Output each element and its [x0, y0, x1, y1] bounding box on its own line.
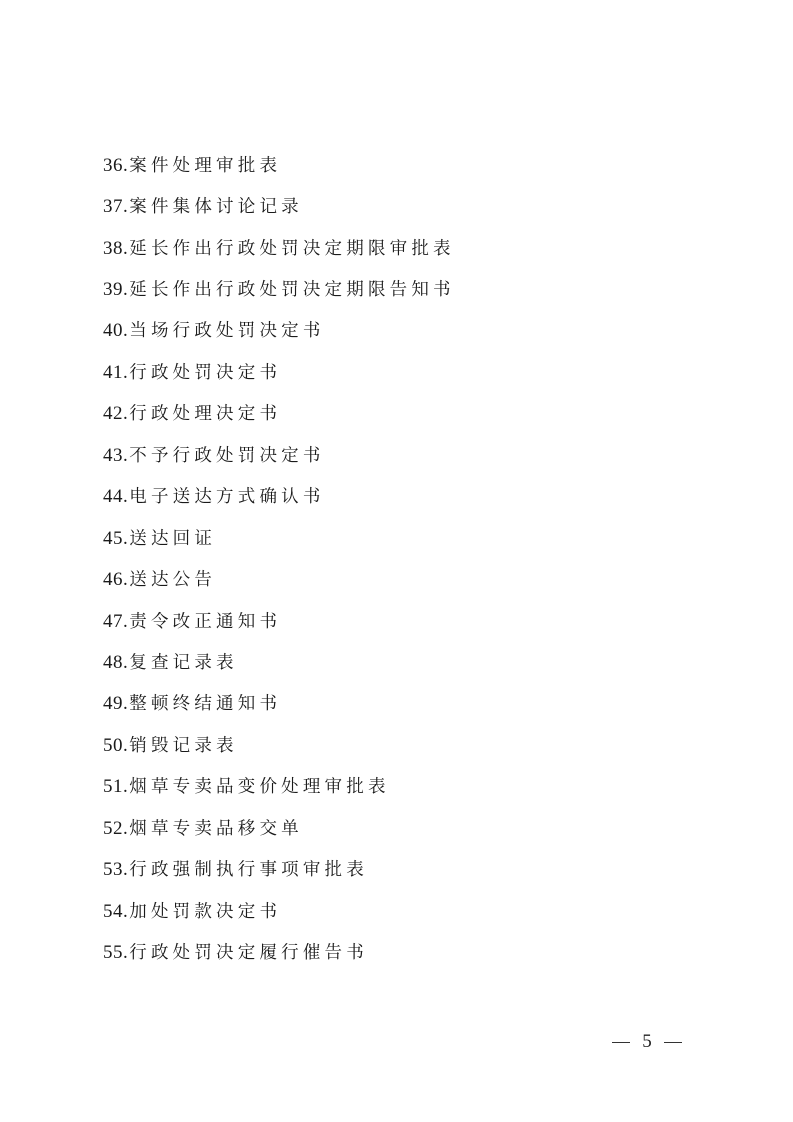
item-title: 行政处罚决定履行催告书 — [129, 938, 368, 968]
item-number: 42. — [103, 399, 128, 429]
list-item: 36.案件处理审批表 — [103, 145, 455, 186]
item-number: 38. — [103, 234, 128, 264]
list-item: 37.案件集体讨论记录 — [103, 186, 455, 227]
list-item: 55.行政处罚决定履行催告书 — [103, 932, 455, 973]
item-title: 复查记录表 — [129, 648, 238, 678]
item-number: 36. — [103, 151, 128, 181]
item-number: 54. — [103, 897, 128, 927]
list-item: 41.行政处罚决定书 — [103, 352, 455, 393]
item-number: 44. — [103, 482, 128, 512]
page-number-value: 5 — [642, 1031, 652, 1053]
item-title: 行政处理决定书 — [129, 399, 281, 429]
list-item: 51.烟草专卖品变价处理审批表 — [103, 767, 455, 808]
item-number: 40. — [103, 316, 128, 346]
item-number: 45. — [103, 524, 128, 554]
item-number: 53. — [103, 855, 128, 885]
item-title: 销毁记录表 — [129, 731, 238, 761]
list-item: 42.行政处理决定书 — [103, 394, 455, 435]
item-title: 延长作出行政处罚决定期限审批表 — [129, 234, 455, 264]
form-list: 36.案件处理审批表 37.案件集体讨论记录 38.延长作出行政处罚决定期限审批… — [103, 145, 455, 974]
item-number: 55. — [103, 938, 128, 968]
list-item: 43.不予行政处罚决定书 — [103, 435, 455, 476]
item-number: 50. — [103, 731, 128, 761]
list-item: 53.行政强制执行事项审批表 — [103, 849, 455, 890]
item-title: 责令改正通知书 — [129, 607, 281, 637]
list-item: 50.销毁记录表 — [103, 725, 455, 766]
list-item: 49.整顿终结通知书 — [103, 684, 455, 725]
item-title: 电子送达方式确认书 — [129, 482, 324, 512]
item-number: 39. — [103, 275, 128, 305]
list-item: 54.加处罚款决定书 — [103, 891, 455, 932]
item-title: 案件处理审批表 — [129, 151, 281, 181]
page-number-left-dash — [612, 1042, 630, 1043]
item-title: 送达公告 — [129, 565, 216, 595]
item-number: 37. — [103, 192, 128, 222]
item-title: 当场行政处罚决定书 — [129, 316, 324, 346]
item-title: 行政强制执行事项审批表 — [129, 855, 368, 885]
item-number: 41. — [103, 358, 128, 388]
item-number: 49. — [103, 689, 128, 719]
item-number: 47. — [103, 607, 128, 637]
list-item: 45.送达回证 — [103, 518, 455, 559]
list-item: 47.责令改正通知书 — [103, 601, 455, 642]
item-number: 48. — [103, 648, 128, 678]
list-item: 38.延长作出行政处罚决定期限审批表 — [103, 228, 455, 269]
item-number: 46. — [103, 565, 128, 595]
list-item: 46.送达公告 — [103, 559, 455, 600]
document-page: 36.案件处理审批表 37.案件集体讨论记录 38.延长作出行政处罚决定期限审批… — [0, 0, 793, 1122]
list-item: 52.烟草专卖品移交单 — [103, 808, 455, 849]
page-number-right-dash — [664, 1042, 682, 1043]
list-item: 44.电子送达方式确认书 — [103, 477, 455, 518]
item-title: 送达回证 — [129, 524, 216, 554]
item-title: 烟草专卖品移交单 — [129, 814, 303, 844]
item-title: 延长作出行政处罚决定期限告知书 — [129, 275, 455, 305]
item-number: 51. — [103, 772, 128, 802]
item-title: 不予行政处罚决定书 — [129, 441, 324, 471]
list-item: 40.当场行政处罚决定书 — [103, 311, 455, 352]
item-title: 整顿终结通知书 — [129, 689, 281, 719]
item-title: 烟草专卖品变价处理审批表 — [129, 772, 389, 802]
page-number: 5 — [612, 1031, 682, 1053]
list-item: 48.复查记录表 — [103, 642, 455, 683]
item-title: 加处罚款决定书 — [129, 897, 281, 927]
list-item: 39.延长作出行政处罚决定期限告知书 — [103, 269, 455, 310]
item-title: 行政处罚决定书 — [129, 358, 281, 388]
item-number: 52. — [103, 814, 128, 844]
item-title: 案件集体讨论记录 — [129, 192, 303, 222]
item-number: 43. — [103, 441, 128, 471]
